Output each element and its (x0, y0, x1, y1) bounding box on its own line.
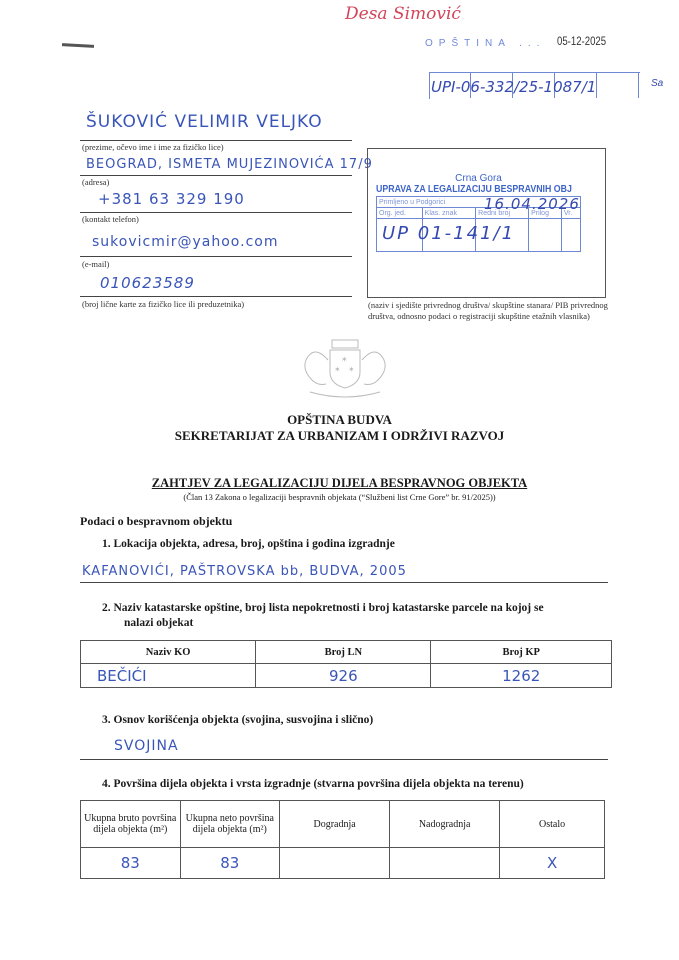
property-sheet-cell[interactable]: 926 (256, 664, 431, 688)
divider (80, 212, 352, 213)
col-header: Ukupna bruto površina dijela objekta (m²… (81, 801, 181, 848)
stamp-agency: UPRAVA ZA LEGALIZACIJU BESPRAVNIH OBJ (376, 184, 556, 195)
stamp-col: Klas. znak (422, 208, 475, 219)
received-date: 16.04.2026 (484, 195, 580, 213)
svg-text:✶: ✶ (348, 365, 355, 374)
stamp-header-partial: OPŠTINA ... (425, 38, 545, 49)
divider (80, 175, 352, 176)
reference-number: UPI-06-332/25-1087/1 (431, 78, 596, 96)
col-header: Naziv KO (81, 641, 256, 664)
col-header: Dogradnja (280, 801, 390, 848)
extension-cell[interactable] (280, 848, 390, 879)
applicant-phone-caption: (kontakt telefon) (82, 214, 139, 224)
cadastre-table: Naziv KO Broj LN Broj KP BEČIĆI 926 1262 (80, 640, 612, 688)
stamp-country: Crna Gora (376, 173, 581, 184)
svg-text:✶: ✶ (341, 355, 348, 364)
handwritten-signature: Desa Simović (345, 4, 461, 24)
stamp-date: 05-12-2025 (557, 34, 606, 48)
question-3-answer[interactable]: SVOJINA (114, 738, 179, 754)
svg-text:✶: ✶ (334, 365, 341, 374)
divider (80, 759, 608, 760)
gross-area-cell[interactable]: 83 (81, 848, 181, 879)
upgrade-cell[interactable] (390, 848, 500, 879)
company-info-box: Crna Gora UPRAVA ZA LEGALIZACIJU BESPRAV… (367, 148, 606, 298)
question-1-label: 1. Lokacija objekta, adresa, broj, opšti… (102, 538, 395, 550)
stamp-col: Org. jed. (377, 208, 423, 219)
applicant-id-caption: (broj lične karte za fizičko lice ili pr… (82, 299, 244, 309)
col-header: Nadogradnja (390, 801, 500, 848)
coat-of-arms-icon: ✶✶✶ (290, 338, 400, 400)
divider (80, 296, 352, 297)
net-area-cell[interactable]: 83 (180, 848, 280, 879)
col-header: Ukupna neto površina dijela objekta (m²) (180, 801, 280, 848)
divider (80, 140, 352, 141)
document-title: ZAHTJEV ZA LEGALIZACIJU DIJELA BESPRAVNO… (0, 476, 679, 491)
municipality-heading: OPŠTINA BUDVA (0, 412, 679, 428)
receipt-stamp-top: OPŠTINA ... 05-12-2025 UPI-06-332/25-108… (425, 30, 650, 98)
section-title: Podaci o bespravnom objektu (80, 514, 232, 529)
stray-pen-mark (62, 43, 94, 48)
applicant-email-caption: (e-mail) (82, 259, 109, 269)
applicant-name-caption: (prezime, očevo ime i ime za fizičko lic… (82, 142, 224, 152)
divider (80, 582, 608, 583)
applicant-id-value[interactable]: 010623589 (100, 274, 195, 292)
divider (80, 256, 352, 257)
agency-receipt-stamp: Crna Gora UPRAVA ZA LEGALIZACIJU BESPRAV… (376, 173, 581, 252)
question-3-label: 3. Osnov korišćenja objekta (svojina, su… (102, 714, 373, 726)
col-header: Ostalo (500, 801, 605, 848)
other-cell[interactable]: X (500, 848, 605, 879)
company-box-caption: (naziv i sjedište privrednog društva/ sk… (368, 300, 628, 322)
question-2-label-line1: 2. Naziv katastarske opštine, broj lista… (102, 602, 544, 614)
cadastre-municipality-cell[interactable]: BEČIĆI (81, 664, 256, 688)
parcel-number-cell[interactable]: 1262 (431, 664, 612, 688)
col-header: Broj KP (431, 641, 612, 664)
question-2-label-line2: nalazi objekat (124, 617, 193, 629)
question-4-label: 4. Površina dijela objekta i vrsta izgra… (102, 778, 524, 790)
question-1-answer[interactable]: KAFANOVIĆI, PAŠTROVSKA bb, BUDVA, 2005 (82, 564, 407, 579)
applicant-name-value[interactable]: ŠUKOVIĆ VELIMIR VELJKO (86, 112, 323, 132)
applicant-address-caption: (adresa) (82, 177, 109, 187)
col-header: Broj LN (256, 641, 431, 664)
registry-number: UP 01-141/1 (382, 223, 515, 244)
area-table: Ukupna bruto površina dijela objekta (m²… (80, 800, 605, 879)
applicant-email-value[interactable]: sukovicmir@yahoo.com (92, 234, 278, 250)
applicant-address-value[interactable]: BEOGRAD, ISMETA MUJEZINOVIĆA 17/9 (86, 157, 373, 172)
stamp-initials: Sa (651, 78, 663, 89)
applicant-phone-value[interactable]: +381 63 329 190 (98, 190, 245, 208)
document-subtitle: (Član 13 Zakona o legalizaciji bespravni… (0, 492, 679, 502)
secretariat-heading: SEKRETARIJAT ZA URBANIZAM I ODRŽIVI RAZV… (0, 428, 679, 444)
